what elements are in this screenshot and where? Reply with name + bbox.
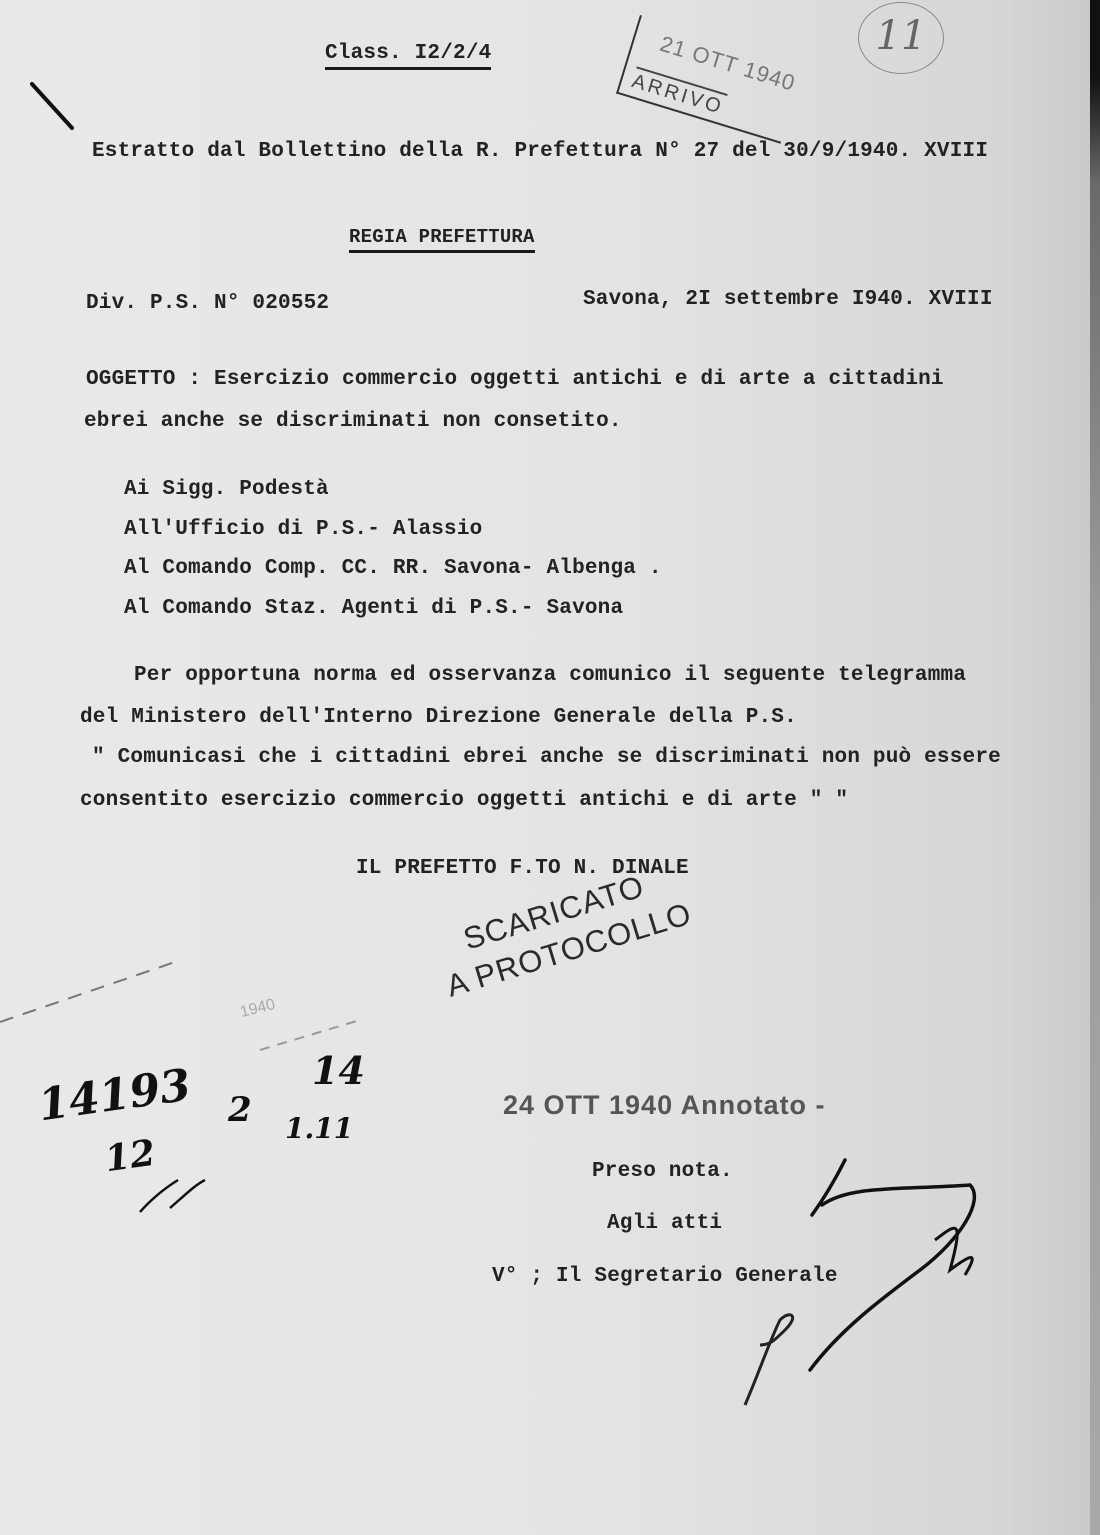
- filed-annotation: Agli atti: [607, 1212, 722, 1235]
- subject-line-1: OGGETTO : Esercizio commercio oggetti an…: [86, 368, 944, 391]
- body-line-4: consentito esercizio commercio oggetti a…: [80, 789, 848, 812]
- handwritten-class-a: 2: [228, 1090, 252, 1130]
- approval-annotation: V° ; Il Segretario Generale: [492, 1265, 838, 1288]
- recipient-item: All'Ufficio di P.S.- Alassio: [124, 518, 482, 541]
- extract-line: Estratto dal Bollettino della R. Prefett…: [92, 140, 988, 163]
- handwritten-sub-number: 12: [102, 1132, 157, 1181]
- place-date: Savona, 2I settembre I940. XVIII: [583, 288, 993, 311]
- page-edge-shadow: [1090, 0, 1100, 1535]
- body-line-1: Per opportuna norma ed osservanza comuni…: [134, 664, 966, 687]
- body-line-2: del Ministero dell'Interno Direzione Gen…: [80, 706, 797, 729]
- received-date-stamp: 24 OTT 1940 Annotato -: [503, 1090, 826, 1121]
- body-line-3: " Comunicasi che i cittadini ebrei anche…: [92, 746, 1001, 769]
- folio-number: 11: [858, 2, 944, 74]
- handwritten-class-b: 14: [312, 1048, 365, 1093]
- subject-line-2: ebrei anche se discriminati non consetit…: [84, 410, 622, 433]
- noted-annotation: Preso nota.: [592, 1160, 733, 1183]
- recipient-item: Ai Sigg. Podestà: [124, 478, 329, 501]
- handwritten-class-c: 1.11: [285, 1112, 353, 1145]
- office-title: REGIA PREFETTURA: [349, 226, 535, 253]
- recipient-item: Al Comando Staz. Agenti di P.S.- Savona: [124, 597, 623, 620]
- division-reference: Div. P.S. N° 020552: [86, 292, 329, 315]
- classification-code: Class. I2/2/4: [325, 42, 491, 70]
- recipient-item: Al Comando Comp. CC. RR. Savona- Albenga…: [124, 557, 662, 580]
